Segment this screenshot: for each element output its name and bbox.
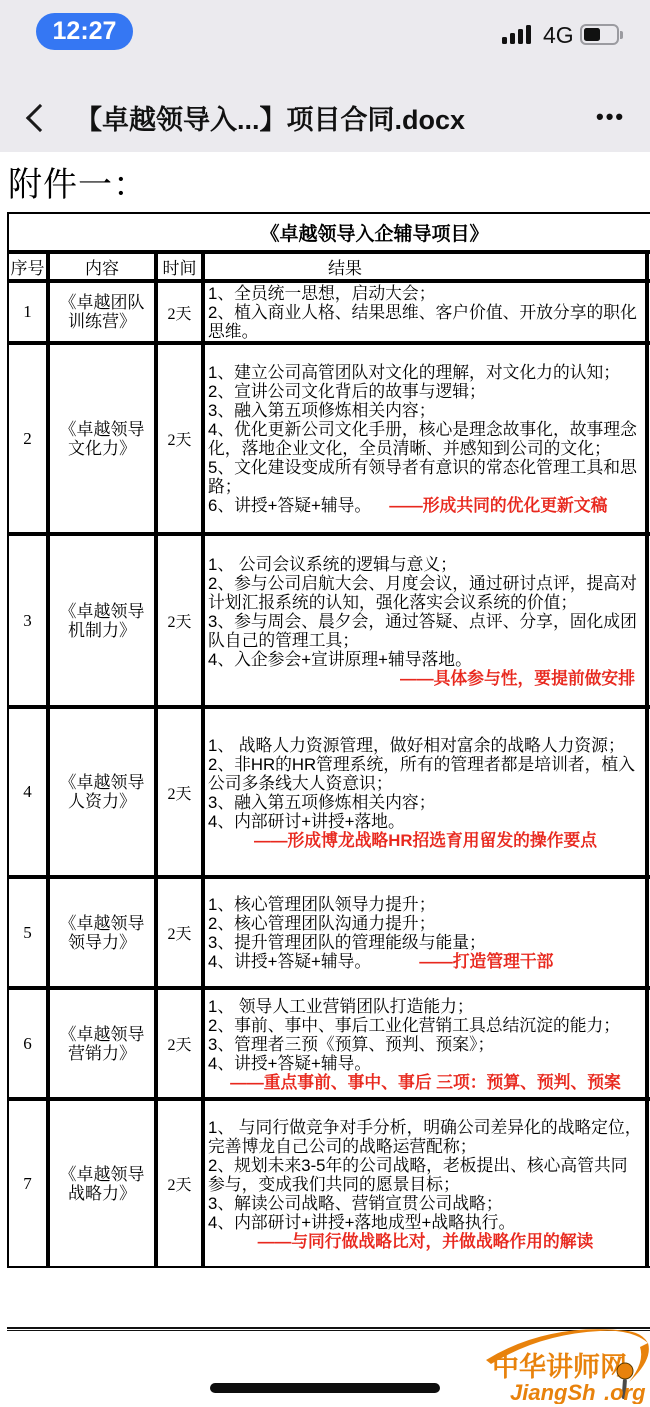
duration: 2天 (156, 534, 203, 707)
header-result: 结果 (203, 252, 647, 281)
result-line: 1、 战略人力资源管理，做好相对富余的战略人力资源； (208, 736, 643, 755)
result-line: 4、内部研讨+讲授+落地。 (208, 812, 643, 831)
result-cell: 1、 战略人力资源管理，做好相对富余的战略人力资源；2、非HR的HR管理系统，所… (203, 707, 647, 877)
course-name: 《卓越领导营销力》 (48, 988, 156, 1099)
course-name: 《卓越领导战略力》 (48, 1099, 156, 1268)
result-line: 3、融入第五项修炼相关内容； (208, 793, 643, 812)
result-line: 4、讲授+答疑+辅导。——打造管理干部 (208, 952, 643, 971)
result-line: 2、核心管理团队沟通力提升； (208, 914, 643, 933)
result-text: 2、规划未来3-5年的公司战略，老板提出、核心高管共同参与，变成我们共同的愿景目… (208, 1156, 628, 1194)
result-text: 6、讲授+答疑+辅导。 (208, 496, 371, 515)
course-name: 《卓越领导人资力》 (48, 707, 156, 877)
top-chrome: 12:27 4G 【卓越领导入...】项目合同.docx ••• (0, 0, 650, 152)
duration: 2天 (156, 707, 203, 877)
result-line: ——形成博龙战略HR招选育用留发的操作要点 (208, 831, 643, 850)
result-line: 1、 公司会议系统的逻辑与意义； (208, 555, 643, 574)
result-cell: 1、 公司会议系统的逻辑与意义；2、参与公司启航大会、月度会议，通过研讨点评，提… (203, 534, 647, 707)
header-content: 内容 (48, 252, 156, 281)
battery-icon (580, 24, 619, 45)
logo-swoosh-tail (629, 1343, 649, 1382)
row-number: 7 (7, 1099, 48, 1268)
result-text: 3、融入第五项修炼相关内容； (208, 793, 436, 812)
result-text: 1、建立公司高管团队对文化的理解，对文化力的认知； (208, 363, 620, 382)
row-number: 5 (7, 877, 48, 988)
project-table: 《卓越领导入企辅导项目》 序号 内容 时间 结果 1《卓越团队训练营》2天1、全… (7, 212, 650, 1268)
row-number: 3 (7, 534, 48, 707)
project-table-container: 《卓越领导入企辅导项目》 序号 内容 时间 结果 1《卓越团队训练营》2天1、全… (7, 212, 650, 1268)
status-time: 12:27 (53, 17, 117, 46)
attachment-heading: 附件一： (8, 157, 148, 206)
table-title: 《卓越领导入企辅导项目》 (7, 212, 650, 252)
result-line: 1、 与同行做竞争对手分析，明确公司差异化的战略定位，完善博龙自己公司的战略运营… (208, 1118, 643, 1156)
logo-latin-text-left: JiangSh (510, 1380, 596, 1404)
table-row: 7《卓越领导战略力》2天1、 与同行做竞争对手分析，明确公司差异化的战略定位，完… (7, 1099, 650, 1268)
result-text: 4、内部研讨+讲授+落地。 (208, 812, 405, 831)
jiangshi-watermark-logo: 中华讲师网 JiangSh .org (482, 1318, 650, 1404)
result-cell: 1、核心管理团队领导力提升；2、核心管理团队沟通力提升；3、提升管理团队的管理能… (203, 877, 647, 988)
duration: 2天 (156, 343, 203, 534)
table-row: 3《卓越领导机制力》2天1、 公司会议系统的逻辑与意义；2、参与公司启航大会、月… (7, 534, 650, 707)
table-header-row: 序号 内容 时间 结果 (7, 252, 650, 281)
result-cell: 1、建立公司高管团队对文化的理解，对文化力的认知；2、宣讲公司文化背后的故事与逻… (203, 343, 647, 534)
result-line: ——重点事前、事中、事后 三项：预算、预判、预案 (208, 1073, 643, 1092)
status-time-pill[interactable]: 12:27 (36, 13, 133, 50)
result-annotation-red: ——形成博龙战略HR招选育用留发的操作要点 (254, 831, 597, 850)
result-text: 3、参与周会、晨夕会，通过答疑、点评、分享，固化成团队自己的管理工具； (208, 612, 637, 650)
duration: 2天 (156, 281, 203, 343)
result-text: 4、入企参会+宣讲原理+辅导落地。 (208, 650, 472, 669)
result-text: 3、提升管理团队的管理能级与能量； (208, 933, 486, 952)
result-line: 4、优化更新公司文化手册，核心是理念故事化，故事理念化，落地企业文化，全员清晰、… (208, 420, 643, 458)
result-text: 1、 公司会议系统的逻辑与意义； (208, 555, 457, 574)
result-text: 4、讲授+答疑+辅导。 (208, 952, 371, 971)
table-row: 1《卓越团队训练营》2天1、全员统一思想，启动大会；2、植入商业人格、结果思维、… (7, 281, 650, 343)
course-name: 《卓越领导领导力》 (48, 877, 156, 988)
duration: 2天 (156, 1099, 203, 1268)
result-text: 2、参与公司启航大会、月度会议，通过研讨点评，提高对计划汇报系统的认知，强化落实… (208, 574, 637, 612)
result-text: 2、非HR的HR管理系统，所有的管理者都是培训者，植入公司多条线大人资意识； (208, 755, 635, 793)
battery-nub (620, 31, 623, 39)
result-line: 3、提升管理团队的管理能级与能量； (208, 933, 643, 952)
result-line: 4、讲授+答疑+辅导。 (208, 1054, 643, 1073)
result-line: 2、参与公司启航大会、月度会议，通过研讨点评，提高对计划汇报系统的认知，强化落实… (208, 574, 643, 612)
result-annotation-red: ——与同行做战略比对，并做战略作用的解读 (258, 1232, 594, 1251)
result-annotation-red: ——重点事前、事中、事后 三项：预算、预判、预案 (230, 1073, 621, 1092)
result-line: 6、讲授+答疑+辅导。——形成共同的优化更新文稿 (208, 496, 643, 515)
result-line: 1、核心管理团队领导力提升； (208, 895, 643, 914)
result-line: 3、参与周会、晨夕会，通过答疑、点评、分享，固化成团队自己的管理工具； (208, 612, 643, 650)
logo-latin-text-right: .org (604, 1380, 646, 1404)
result-text: 2、植入商业人格、结果思维、客户价值、开放分享的职化思维。 (208, 303, 637, 341)
table-title-row: 《卓越领导入企辅导项目》 (7, 212, 650, 252)
result-line: 2、非HR的HR管理系统，所有的管理者都是培训者，植入公司多条线大人资意识； (208, 755, 643, 793)
result-text: 3、解读公司战略、营销宣贯公司战略； (208, 1194, 503, 1213)
result-line: 2、事前、事中、事后工业化营销工具总结沉淀的能力； (208, 1016, 643, 1035)
table-row: 6《卓越领导营销力》2天1、 领导人工业营销团队打造能力；2、事前、事中、事后工… (7, 988, 650, 1099)
result-line: 2、规划未来3-5年的公司战略，老板提出、核心高管共同参与，变成我们共同的愿景目… (208, 1156, 643, 1194)
result-text: 4、讲授+答疑+辅导。 (208, 1054, 371, 1073)
cellular-signal-icon (502, 25, 536, 44)
row-number: 6 (7, 988, 48, 1099)
result-text: 4、内部研讨+讲授+落地成型+战略执行。 (208, 1213, 515, 1232)
result-text: 3、融入第五项修炼相关内容； (208, 401, 436, 420)
result-text: 2、事前、事中、事后工业化营销工具总结沉淀的能力； (208, 1016, 620, 1035)
result-text: 1、核心管理团队领导力提升； (208, 895, 436, 914)
result-line: 3、管理者三预《预算、预判、预案》； (208, 1035, 643, 1054)
result-annotation-red: ——形成共同的优化更新文稿 (389, 496, 607, 515)
result-line: 2、宣讲公司文化背后的故事与逻辑； (208, 382, 643, 401)
screen: { "status_bar": { "time": "12:27", "netw… (0, 0, 650, 1407)
result-line: 4、入企参会+宣讲原理+辅导落地。 (208, 650, 643, 669)
course-name: 《卓越领导文化力》 (48, 343, 156, 534)
result-line: 5、文化建设变成所有领导者有意识的常态化管理工具和思路； (208, 458, 643, 496)
result-line: 1、全员统一思想，启动大会； (208, 284, 643, 303)
row-number: 1 (7, 281, 48, 343)
battery-fill (584, 28, 600, 41)
result-cell: 1、 领导人工业营销团队打造能力；2、事前、事中、事后工业化营销工具总结沉淀的能… (203, 988, 647, 1099)
result-annotation-red: ——具体参与性，要提前做安排 (400, 669, 635, 688)
row-number: 4 (7, 707, 48, 877)
result-line: ——具体参与性，要提前做安排 (208, 669, 643, 688)
table-row: 4《卓越领导人资力》2天1、 战略人力资源管理，做好相对富余的战略人力资源；2、… (7, 707, 650, 877)
home-indicator[interactable] (210, 1383, 440, 1393)
course-name: 《卓越领导机制力》 (48, 534, 156, 707)
logo-chinese-text: 中华讲师网 (492, 1352, 627, 1382)
result-line: 3、融入第五项修炼相关内容； (208, 401, 643, 420)
more-menu-button[interactable]: ••• (596, 98, 644, 136)
document-title: 【卓越领导入...】项目合同.docx (30, 98, 510, 138)
result-cell: 1、全员统一思想，启动大会；2、植入商业人格、结果思维、客户价值、开放分享的职化… (203, 281, 647, 343)
header-time: 时间 (156, 252, 203, 281)
result-cell: 1、 与同行做竞争对手分析，明确公司差异化的战略定位，完善博龙自己公司的战略运营… (203, 1099, 647, 1268)
result-text: 2、宣讲公司文化背后的故事与逻辑； (208, 382, 486, 401)
result-text: 5、文化建设变成所有领导者有意识的常态化管理工具和思路； (208, 458, 637, 496)
result-text: 1、 与同行做竞争对手分析，明确公司差异化的战略定位，完善博龙自己公司的战略运营… (208, 1118, 642, 1156)
result-text: 2、核心管理团队沟通力提升； (208, 914, 436, 933)
duration: 2天 (156, 877, 203, 988)
project-table-body: 1《卓越团队训练营》2天1、全员统一思想，启动大会；2、植入商业人格、结果思维、… (7, 281, 650, 1268)
table-row: 5《卓越领导领导力》2天1、核心管理团队领导力提升；2、核心管理团队沟通力提升；… (7, 877, 650, 988)
result-line: 1、 领导人工业营销团队打造能力； (208, 997, 643, 1016)
result-text: 1、 领导人工业营销团队打造能力； (208, 997, 474, 1016)
result-line: 2、植入商业人格、结果思维、客户价值、开放分享的职化思维。 (208, 303, 643, 341)
result-line: 4、内部研讨+讲授+落地成型+战略执行。 (208, 1213, 643, 1232)
result-annotation-red: ——打造管理干部 (419, 952, 553, 971)
result-text: 4、优化更新公司文化手册，核心是理念故事化，故事理念化，落地企业文化，全员清晰、… (208, 420, 637, 458)
result-text: 3、管理者三预《预算、预判、预案》； (208, 1035, 494, 1054)
duration: 2天 (156, 988, 203, 1099)
table-row: 2《卓越领导文化力》2天1、建立公司高管团队对文化的理解，对文化力的认知；2、宣… (7, 343, 650, 534)
result-line: ——与同行做战略比对，并做战略作用的解读 (208, 1232, 643, 1251)
logo-microphone-ball (617, 1363, 633, 1379)
row-number: 2 (7, 343, 48, 534)
result-text: 1、全员统一思想，启动大会； (208, 284, 436, 303)
result-line: 3、解读公司战略、营销宣贯公司战略； (208, 1194, 643, 1213)
network-type-label: 4G (543, 22, 574, 49)
result-text: 1、 战略人力资源管理，做好相对富余的战略人力资源； (208, 736, 625, 755)
course-name: 《卓越团队训练营》 (48, 281, 156, 343)
result-line: 1、建立公司高管团队对文化的理解，对文化力的认知； (208, 363, 643, 382)
header-no: 序号 (7, 252, 48, 281)
